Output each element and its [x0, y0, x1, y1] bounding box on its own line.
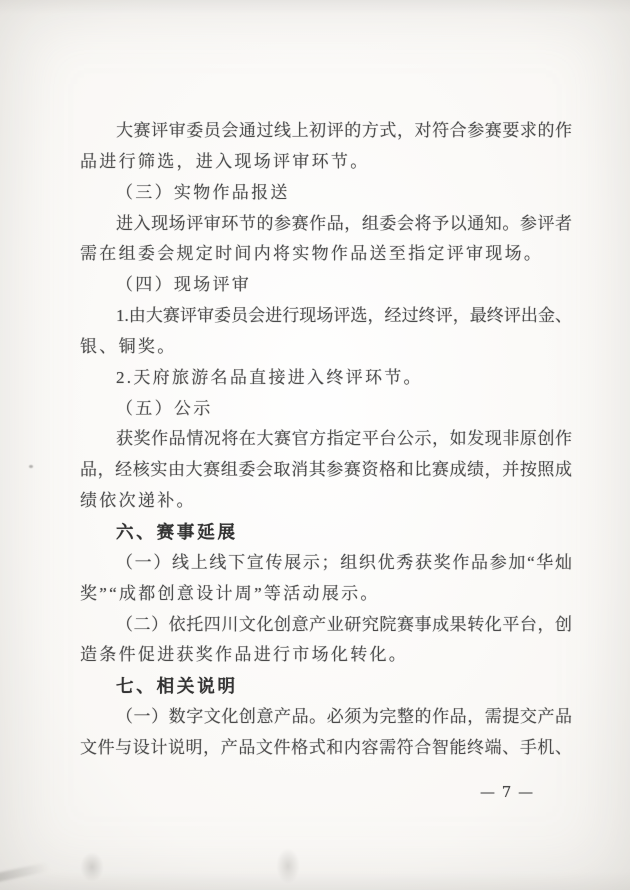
text-line: 大赛评审委员会通过线上初评的方式，对符合参赛要求的作: [80, 116, 572, 147]
text-line: （二）依托四川文化创意产业研究院赛事成果转化平台，创: [80, 610, 572, 641]
text-line: 获奖作品情况将在大赛官方指定平台公示，如发现非原创作: [80, 424, 572, 455]
text-line: 奖”“成都创意设计周”等活动展示。: [80, 579, 572, 610]
text-line: 进入现场评审环节的参赛作品，组委会将予以通知。参评者: [80, 209, 572, 240]
text-line: （五）公示: [80, 394, 572, 425]
scan-edge-shadow-top: [0, 0, 630, 14]
text-line: （一）数字文化创意产品。必须为完整的作品，需提交产品: [80, 702, 572, 733]
page-number: — 7 —: [480, 783, 540, 801]
text-line: 需在组委会规定时间内将实物作品送至指定评审现场。: [80, 239, 572, 270]
document-lines: 大赛评审委员会通过线上初评的方式，对符合参赛要求的作品进行筛选，进入现场评审环节…: [80, 116, 572, 764]
scanned-document-page: 大赛评审委员会通过线上初评的方式，对符合参赛要求的作品进行筛选，进入现场评审环节…: [0, 0, 630, 890]
text-line: 品，经核实由大赛组委会取消其参赛资格和比赛成绩，并按照成: [80, 455, 572, 486]
text-line: 绩依次递补。: [80, 486, 572, 517]
scan-speck-artifact: [29, 465, 33, 468]
text-line: 2.天府旅游名品直接进入终评环节。: [80, 363, 572, 394]
text-line: 造条件促进获奖作品进行市场化转化。: [80, 640, 572, 671]
text-line: 品进行筛选，进入现场评审环节。: [80, 147, 572, 178]
text-line: 银、铜奖。: [80, 332, 572, 363]
text-line: 文件与设计说明，产品文件格式和内容需符合智能终端、手机、: [80, 733, 572, 764]
scan-edge-shadow-bottom: [0, 872, 630, 890]
text-line: （四）现场评审: [80, 270, 572, 301]
text-line: （一）线上线下宣传展示；组织优秀获奖作品参加“华灿: [80, 548, 572, 579]
text-line: （三）实物作品报送: [80, 178, 572, 209]
section-heading: 六、赛事延展: [80, 517, 572, 548]
section-heading: 七、相关说明: [80, 671, 572, 702]
text-line: 1.由大赛评审委员会进行现场评选，经过终评，最终评出金、: [80, 301, 572, 332]
